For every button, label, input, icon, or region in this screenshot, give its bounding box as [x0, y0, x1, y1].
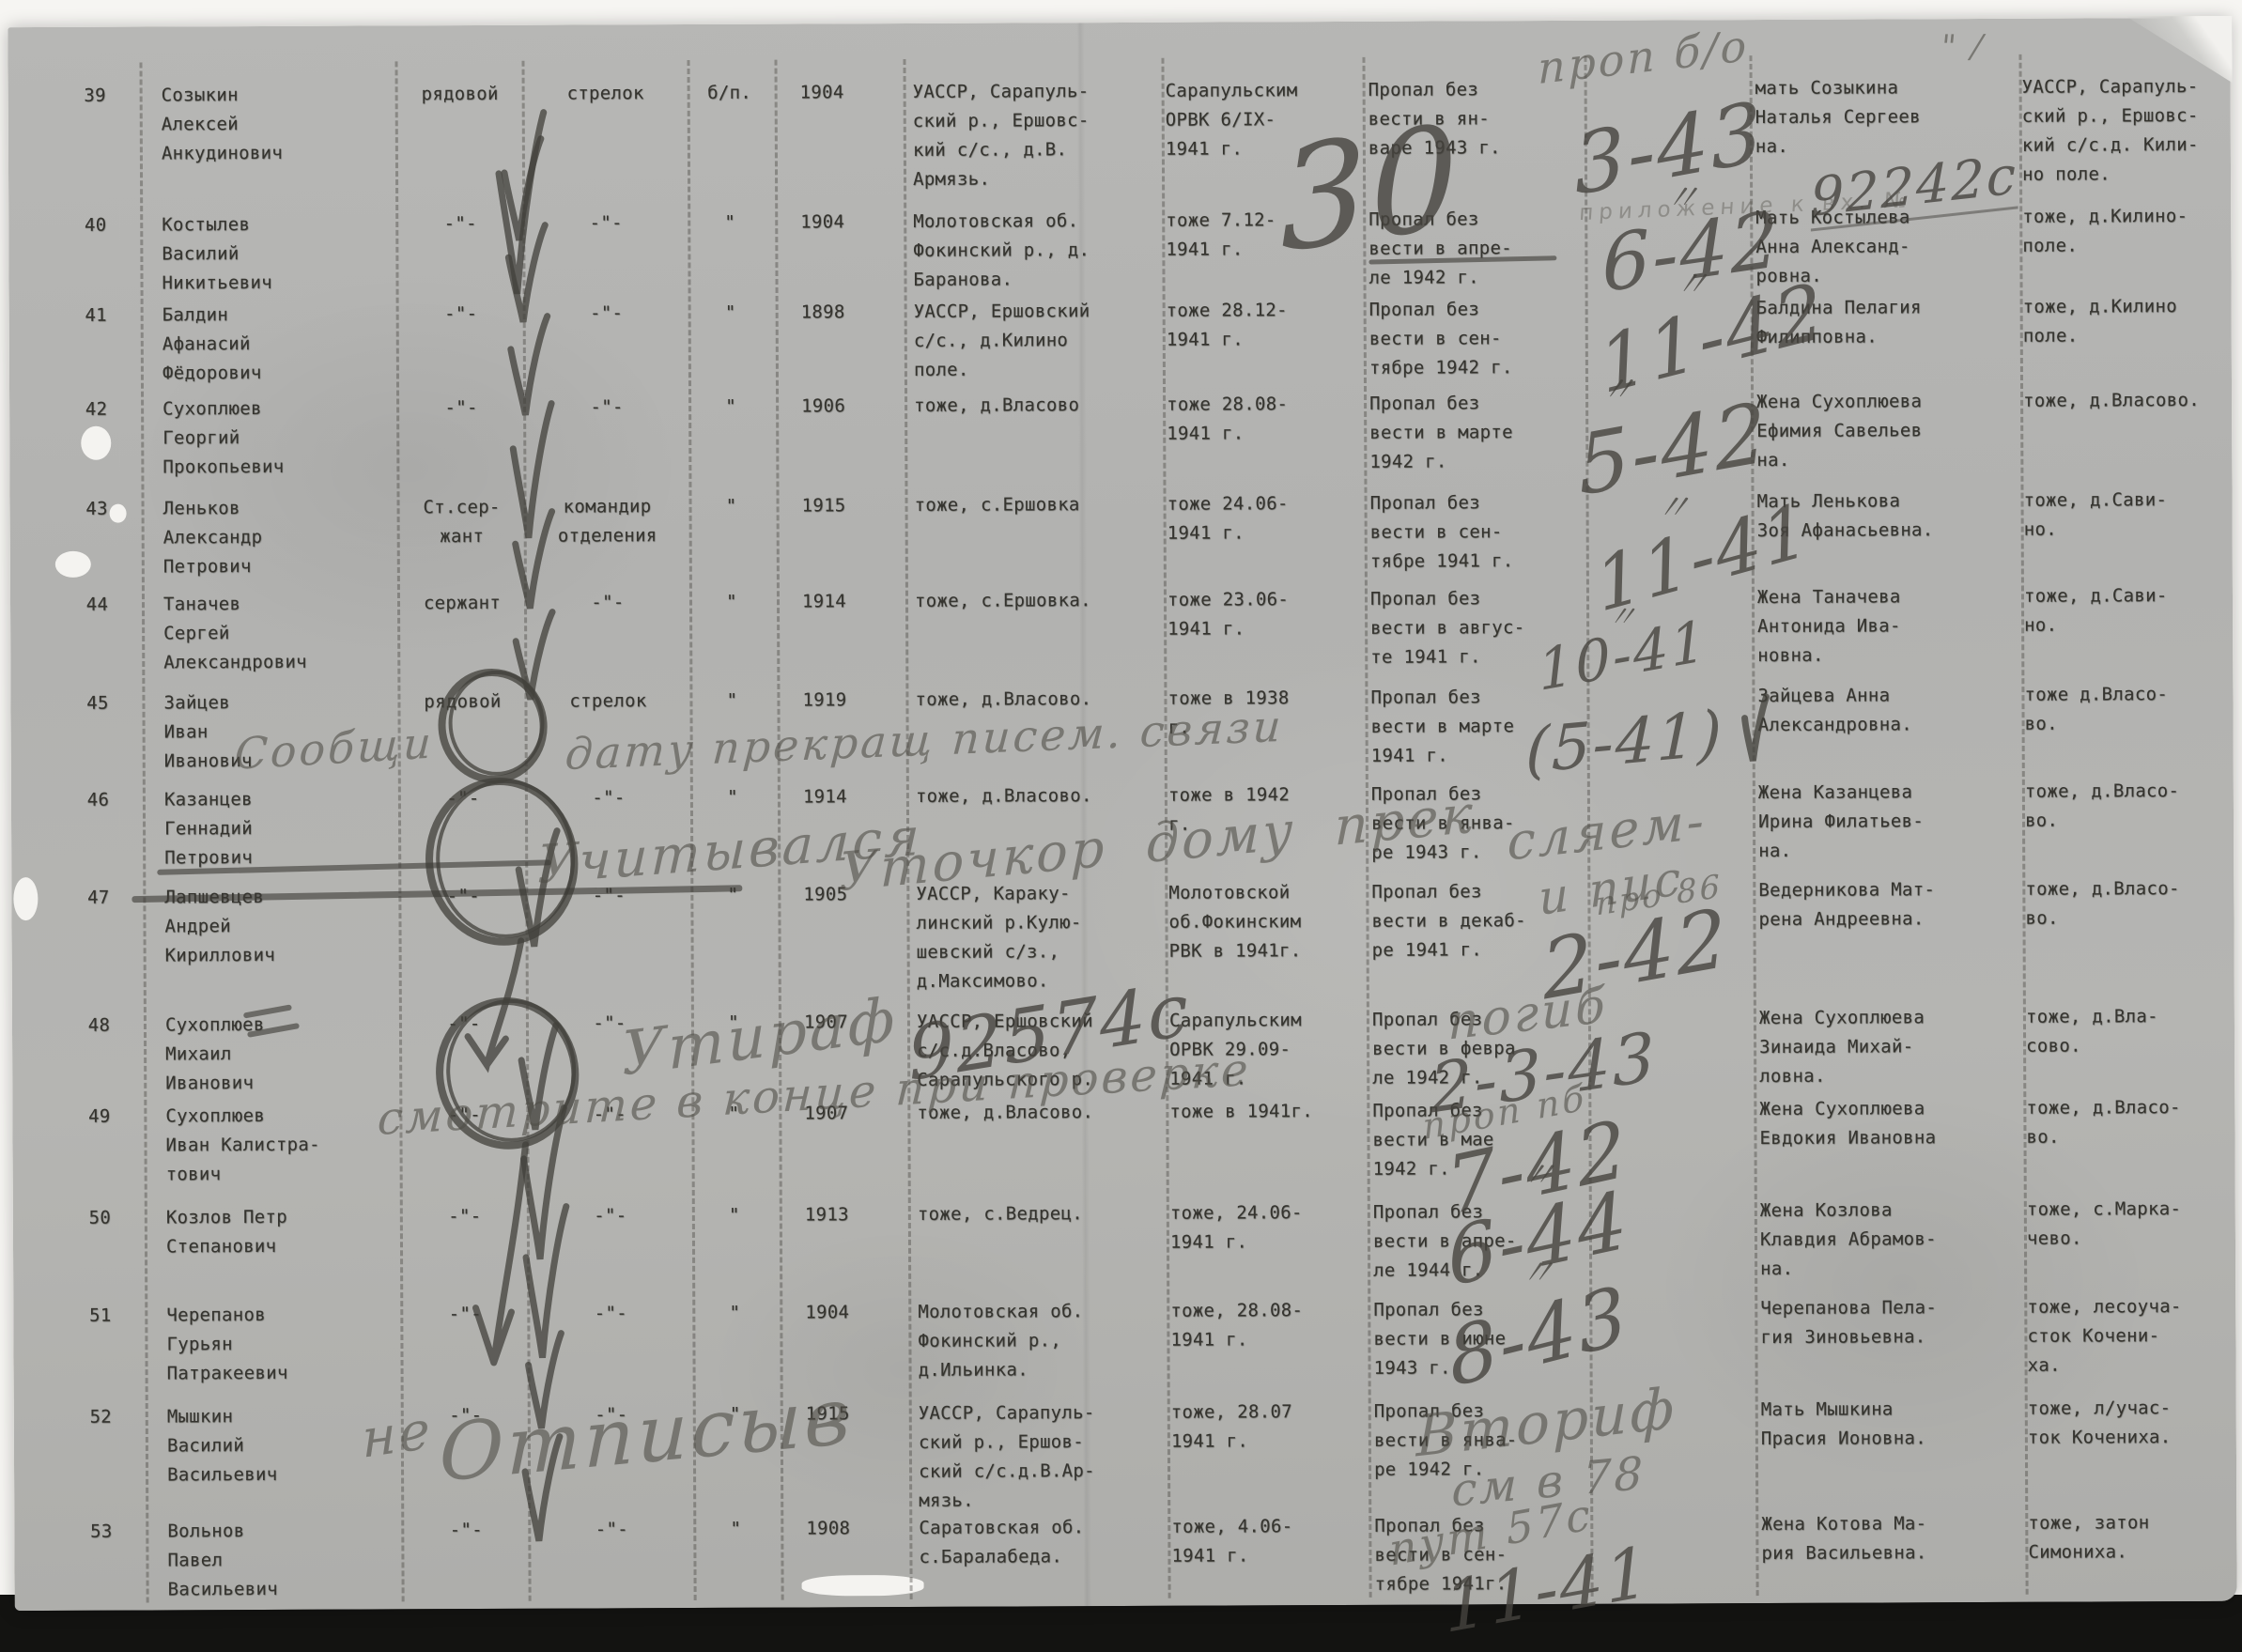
handwritten-annotation: 〃 — [1598, 361, 1641, 412]
cell-name: Козлов Петр Степанович — [166, 1202, 406, 1261]
cell-rank: сержант — [403, 589, 521, 619]
cell-birthplace: тоже, с.Ершовка — [914, 490, 1160, 520]
cell-relative: Жена Казанцева Ирина Филатьев- на. — [1758, 778, 2018, 866]
cell-birthplace: Молотовская об. Фокинский р., д.Ильинка. — [918, 1297, 1164, 1385]
handwritten-annotation: не — [361, 1399, 434, 1471]
table-row: 51Черепанов Гурьян Патракеевич-"--"-"190… — [8, 18, 2230, 27]
cell-fate: Пропал без вести в сен- тябре 1941 г. — [1369, 488, 1582, 577]
handwritten-annotation: проп б/о — [1538, 20, 1749, 94]
cell-name: Сухоплюев Георгий Прокопьевич — [162, 394, 402, 482]
cell-relative: Черепанова Пела- гия Зиновьевна. — [1760, 1293, 2019, 1352]
cell-address: тоже, д.Власо- во. — [2026, 1093, 2242, 1152]
cell-address: тоже, д.Вла- сово. — [2026, 1002, 2242, 1061]
cell-year: 1904 — [805, 1298, 904, 1327]
cell-rank: рядовой — [401, 80, 519, 110]
cell-name: Костылев Василий Никитьевич — [162, 209, 401, 298]
table-row: 52Мышкин Василий Васильевич-"--"-"1915УА… — [8, 18, 2230, 27]
pencil-marks — [8, 18, 2230, 27]
cell-party: " — [688, 492, 773, 521]
cell-birthplace: тоже, с.Ведрец. — [918, 1199, 1164, 1229]
cell-rank: Ст.сер- жант — [403, 493, 521, 552]
cell-relative: Жена Таначева Антонида Ива- новна. — [1757, 582, 2017, 671]
cell-birthplace: УАССР, Сарапуль- ский р., Ершовс- кий с/… — [913, 77, 1160, 194]
cell-year: 1913 — [805, 1200, 904, 1229]
cell-rvk: Молотовской об.Фокинским РВК в 1941г. — [1168, 878, 1362, 966]
cell-year: 1898 — [801, 298, 900, 327]
cell-birthplace: тоже, д.Власово — [914, 391, 1160, 421]
cell-address: тоже, д.Килино поле. — [2023, 292, 2242, 351]
cell-birthplace: Саратовская об. с.Баралабеда. — [919, 1513, 1165, 1572]
cell-relative: Жена Котова Ма- рия Васильевна. — [1761, 1509, 2020, 1568]
cell-address: тоже, с.Марка- чево. — [2027, 1195, 2242, 1254]
cell-address: тоже, д.Сави- но. — [2024, 581, 2242, 641]
cell-num: 43 — [57, 495, 137, 524]
cell-party: " — [690, 783, 775, 812]
pencil-checkmark-icon — [1740, 694, 1769, 764]
scanned-casualty-list-screenshot: { "document": { "kind": "scanned typewri… — [0, 0, 2242, 1652]
cell-relative: Зайцева Анна Александровна. — [1757, 681, 2017, 740]
cell-fate: Пропал без вести в марте 1942 г. — [1369, 389, 1582, 477]
cell-num: 47 — [58, 884, 138, 913]
cell-birthplace: тоже, д.Власово. — [916, 781, 1162, 811]
cell-birthplace: Молотовская об. Фокинский р., д. Баранов… — [913, 207, 1159, 295]
cell-party: " — [692, 1201, 777, 1230]
cell-year: 1904 — [800, 208, 899, 237]
cell-num: 42 — [56, 395, 136, 425]
cell-birthplace: УАССР, Сарапуль- ский р., Ершов- ский с/… — [919, 1398, 1166, 1516]
cell-name: Леньков Александр Петрович — [163, 493, 403, 581]
cell-address: тоже, д.Власо- во. — [2025, 777, 2242, 836]
cell-num: 53 — [61, 1518, 141, 1547]
cell-name: Созыкин Алексей Анкудинович — [162, 80, 401, 168]
cell-rvk: тоже, 28.07 1941 г. — [1171, 1397, 1365, 1457]
cell-rvk: тоже 28.12- 1941 г. — [1167, 296, 1360, 355]
cell-year: 1919 — [802, 686, 901, 715]
cell-rvk: тоже, 4.06- 1941 г. — [1171, 1512, 1365, 1571]
table-row: 47Лапшевцев Андрей Кириллович-"--"-"1905… — [8, 18, 2230, 27]
paper-tear-hole — [802, 1575, 924, 1597]
cell-num: 50 — [60, 1204, 140, 1233]
cell-num: 41 — [56, 301, 136, 331]
cell-address: тоже д.Власо- во. — [2024, 680, 2242, 739]
cell-relative: Ведерникова Мат- рена Андреевна. — [1758, 875, 2018, 934]
table-row: 49Сухоплюев Иван Калистра- тович-"--"-"1… — [8, 18, 2230, 27]
cell-num: 51 — [60, 1302, 140, 1331]
table-row: 41Балдин Афанасий Фёдорович-"--"-"1898УА… — [8, 18, 2230, 27]
cell-year: 1904 — [800, 78, 899, 107]
cell-name: Казанцев Геннадий Петрович — [164, 784, 404, 872]
table-row: 45Зайцев Иван Ивановичрядовойстрелок"191… — [8, 18, 2230, 27]
cell-num: 52 — [61, 1403, 141, 1432]
cell-party: " — [689, 588, 774, 617]
pencil-checkmark-icon — [512, 509, 555, 612]
column-dividers — [8, 18, 2230, 27]
cell-party: " — [688, 299, 773, 328]
cell-num: 48 — [59, 1011, 139, 1041]
cell-rvk: тоже в 1941г. — [1169, 1097, 1363, 1127]
cell-address: тоже, затон Симониха. — [2028, 1508, 2242, 1567]
cell-num: 45 — [57, 689, 137, 718]
paper-tear-hole — [13, 877, 38, 920]
cell-name: Вольнов Павел Васильевич — [167, 1516, 407, 1604]
cell-address: тоже, л/учас- ток Кочениха. — [2028, 1394, 2242, 1453]
cell-address: тоже, д.Власово. — [2023, 386, 2242, 416]
cell-num: 44 — [57, 591, 137, 620]
cell-name: Черепанов Гурьян Патракеевич — [166, 1300, 406, 1388]
column-divider-line — [139, 63, 148, 1603]
cell-num: 49 — [59, 1103, 139, 1132]
cell-relative: Жена Сухоплюева Евдокия Ивановна — [1759, 1094, 2018, 1153]
table-row: 40Костылев Василий Никитьевич-"--"-"1904… — [8, 18, 2230, 27]
cell-name: Таначев Сергей Александрович — [163, 589, 403, 677]
cell-party: " — [689, 687, 774, 716]
cell-rvk: тоже, 28.08- 1941 г. — [1170, 1296, 1364, 1355]
typed-table: 39Созыкин Алексей Анкудиновичрядовойстре… — [8, 18, 2230, 27]
cell-address: УАССР, Сарапуль- ский р., Ершовс- кий с/… — [2022, 72, 2242, 190]
cell-address: тоже, д.Власо- во. — [2025, 874, 2242, 934]
cell-rvk: тоже 28.08- 1941 г. — [1167, 390, 1360, 449]
document-paper: 39Созыкин Алексей Анкудиновичрядовойстре… — [8, 18, 2236, 1611]
pencil-checkmark-icon — [504, 223, 548, 326]
table-row: 50Козлов Петр Степанович-"--"-"1913тоже,… — [8, 18, 2230, 27]
table-row: 53Вольнов Павел Васильевич-"--"-"1908Сар… — [8, 18, 2230, 27]
table-row: 46Казанцев Геннадий Петрович-"--"-"1914т… — [8, 18, 2230, 27]
cell-year: 1914 — [803, 782, 902, 811]
handwritten-annotation: " / — [1939, 28, 1987, 66]
cell-specialty: -"- — [525, 208, 687, 239]
handwritten-annotation: Отписыв — [439, 1369, 854, 1500]
handwritten-annotation: 30 — [1276, 94, 1464, 285]
cell-party: б/п. — [688, 79, 772, 108]
cell-party: " — [692, 1299, 777, 1328]
cell-fate: Пропал без вести в сен- тябре 1942 г. — [1369, 295, 1582, 383]
cell-party: " — [693, 1515, 778, 1544]
cell-specialty: стрелок — [525, 79, 687, 109]
cell-rank: -"- — [402, 394, 520, 424]
paper-tear-hole — [81, 426, 111, 460]
table-row: 43Леньков Александр ПетровичСт.сер- жант… — [8, 18, 2230, 27]
cell-address: тоже, лесоуча- сток Кочени- ха. — [2027, 1292, 2242, 1381]
cell-rank: -"- — [402, 300, 520, 330]
cell-year: 1908 — [806, 1514, 905, 1543]
cell-rvk: тоже 23.06- 1941 г. — [1167, 585, 1361, 644]
cell-relative: Жена Сухоплюева Ефимия Савельев на. — [1756, 387, 2016, 475]
handwritten-annotations: проп б/о" /3-4330приложение к вх. №92242… — [8, 18, 2230, 27]
cell-name: Сухоплюев Иван Калистра- тович — [165, 1101, 405, 1189]
cell-num: 46 — [58, 786, 138, 815]
cell-name: Балдин Афанасий Фёдорович — [162, 300, 402, 388]
cell-rvk: тоже 24.06- 1941 г. — [1167, 489, 1360, 548]
cell-num: 40 — [55, 211, 135, 240]
table-row: 48Сухоплюев Михаил Иванович-"--"-"1907УА… — [8, 18, 2230, 27]
cell-num: 39 — [55, 82, 135, 111]
cell-year: 1914 — [802, 587, 901, 616]
cell-rank: -"- — [407, 1516, 525, 1546]
pencil-circle-icon — [435, 666, 550, 787]
cell-relative: Жена Козлова Клавдия Абрамов- на. — [1760, 1196, 2019, 1284]
cell-rvk: тоже, 24.06- 1941 г. — [1170, 1198, 1364, 1258]
cell-relative: Мать Мышкина Прасия Ионовна. — [1761, 1395, 2020, 1454]
cell-name: Сухоплюев Михаил Иванович — [165, 1010, 405, 1098]
table-row: 39Созыкин Алексей Анкудиновичрядовойстре… — [8, 18, 2230, 27]
cell-party: " — [688, 208, 772, 238]
handwritten-annotation: Сообщи — [234, 718, 436, 780]
table-row: 42Сухоплюев Георгий Прокопьевич-"--"-"19… — [8, 18, 2230, 27]
cell-year: 1915 — [801, 491, 900, 520]
cell-address: тоже, д.Килино- поле. — [2022, 202, 2242, 261]
cell-year: 1906 — [801, 392, 900, 421]
cell-party: " — [688, 393, 773, 422]
cell-address: тоже, д.Сави- но. — [2023, 486, 2242, 545]
cell-birthplace: тоже, с.Ершовка. — [915, 586, 1161, 616]
cell-relative: Жена Сухоплюева Зинаида Михай- ловна. — [1759, 1003, 2018, 1091]
paper-tear-hole — [55, 551, 91, 578]
cell-birthplace: УАССР, Ершовский с/с., д.Килино поле. — [914, 297, 1160, 385]
table-row: 44Таначев Сергей Александровичсержант-"-… — [8, 18, 2230, 27]
